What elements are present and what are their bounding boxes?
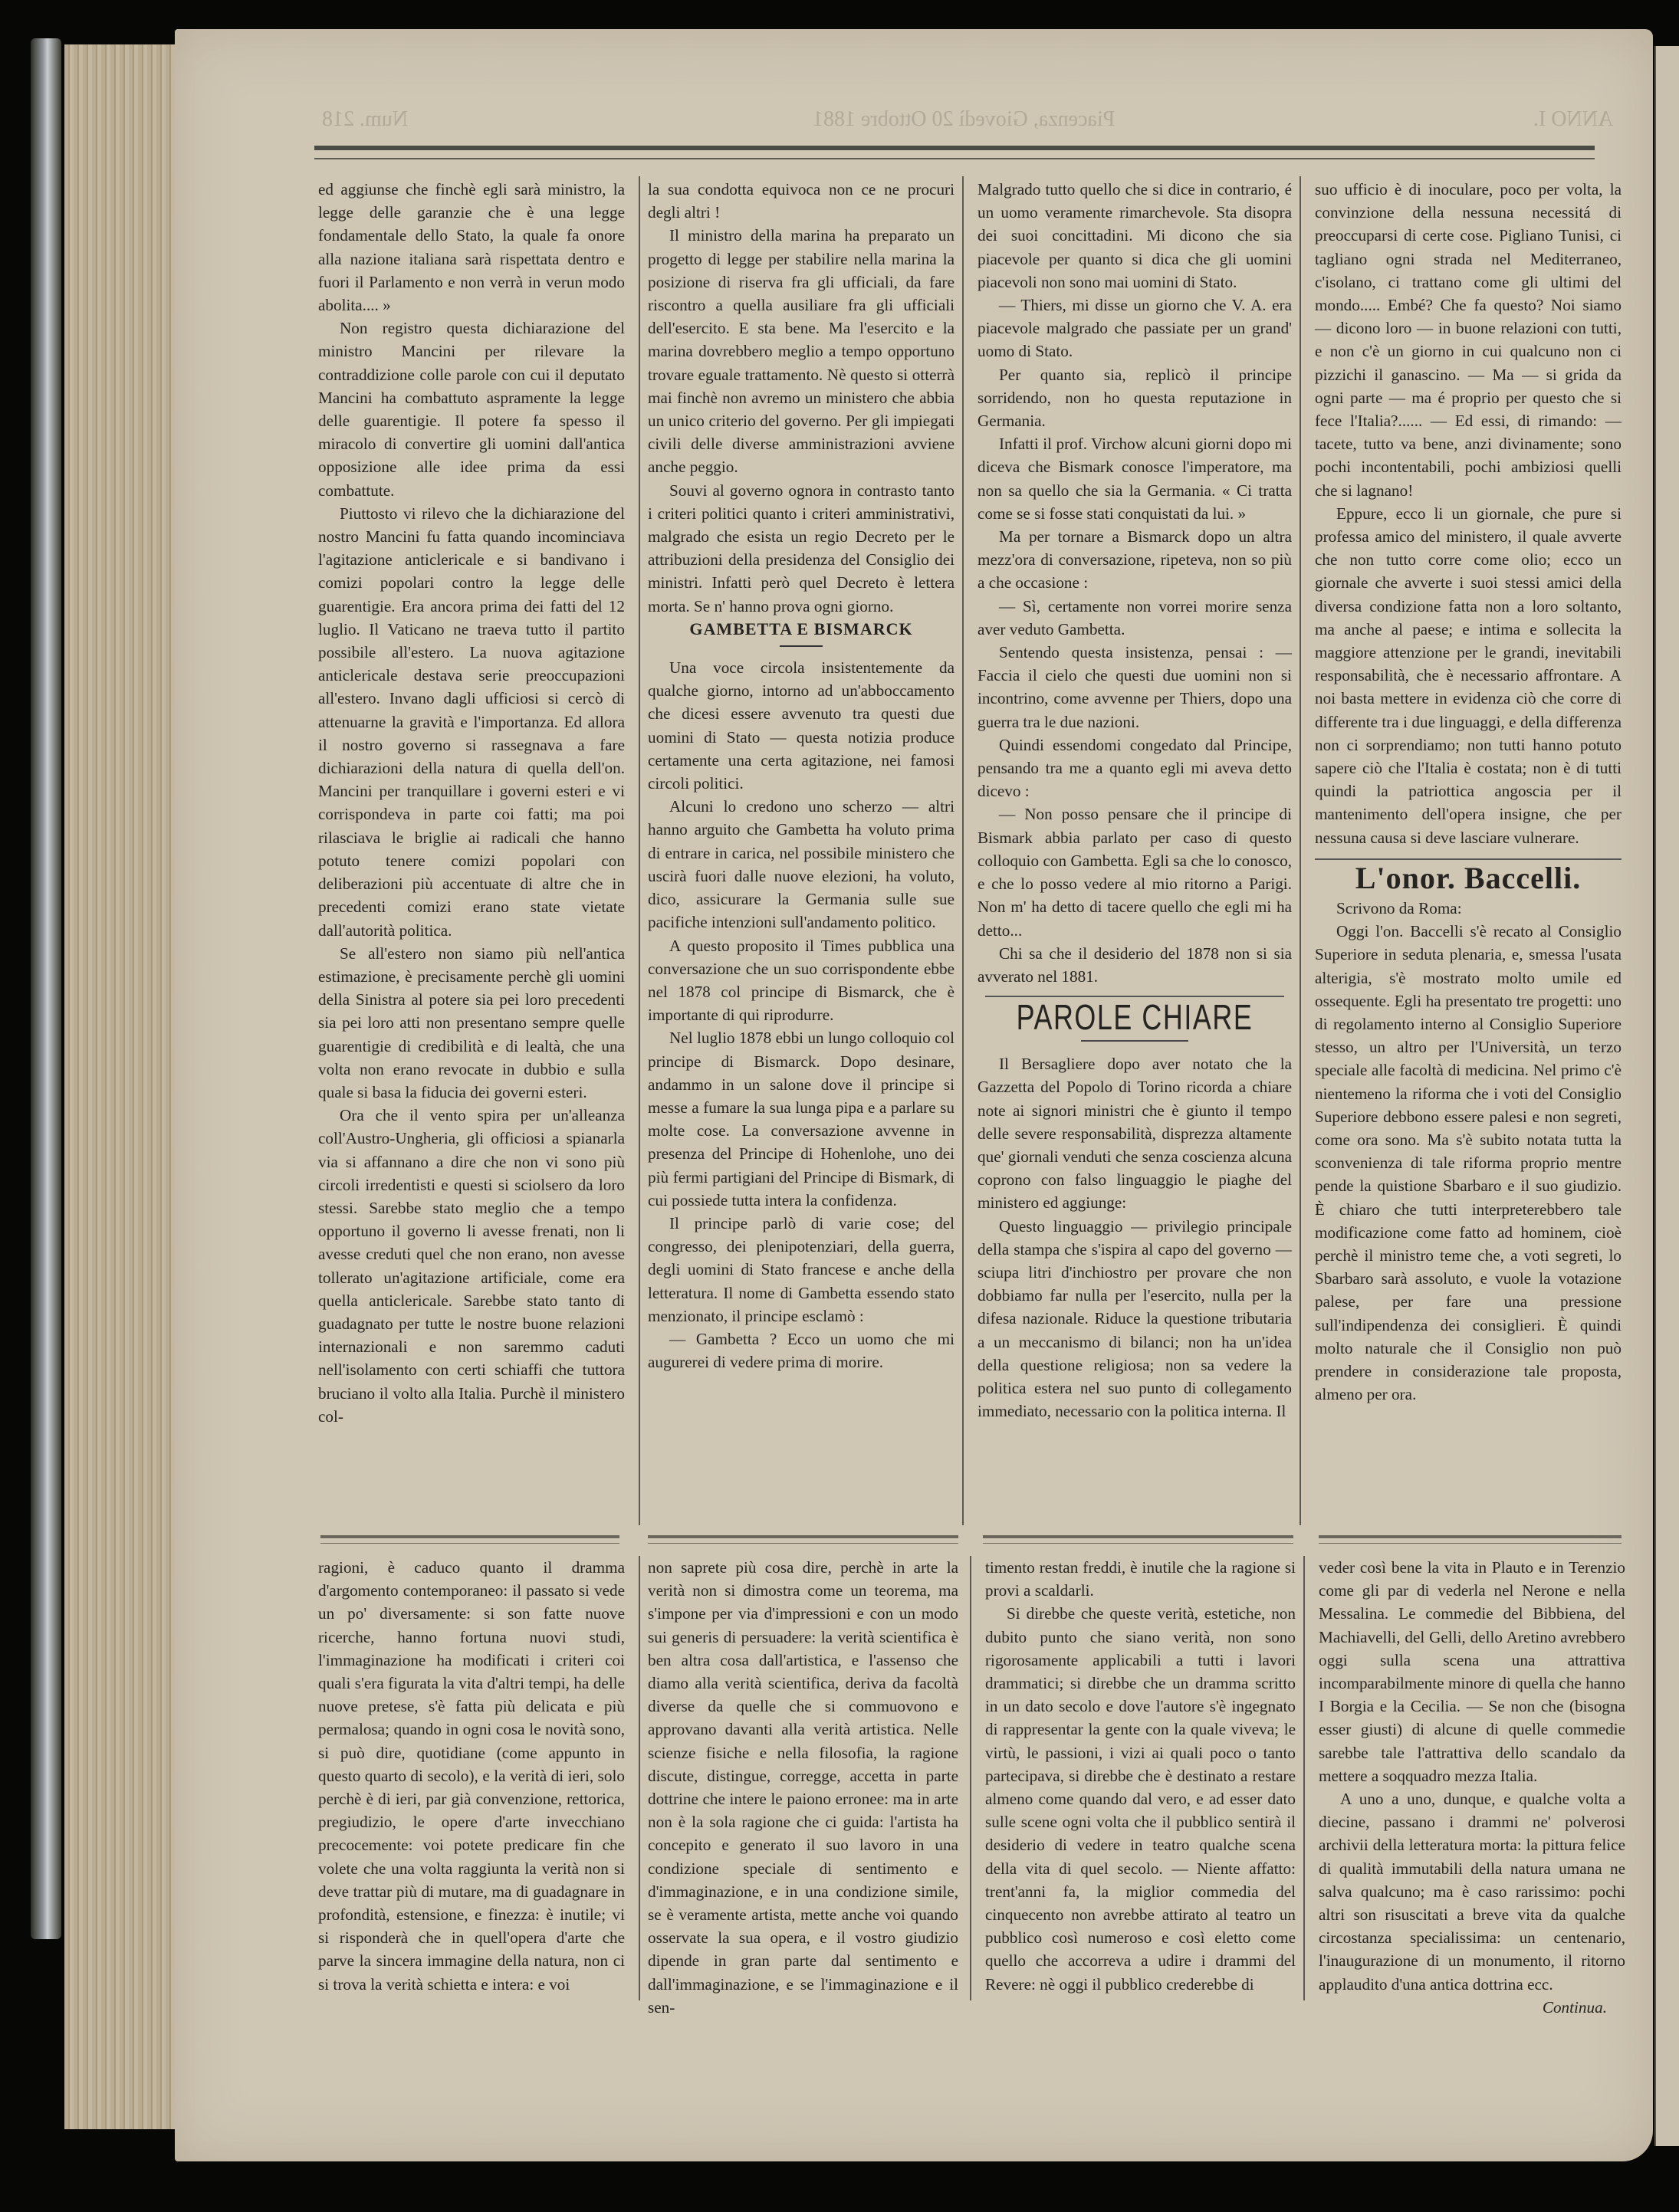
mirrored-masthead: Num. 218 Piacenza, Giovedì 20 Ottobre 18… [322,107,1625,138]
article-heading-parole-chiare: PAROLE CHIARE [1012,997,1257,1037]
upper-column-4: suo ufficio è di inoculare, poco per vol… [1315,178,1621,1406]
paragraph: timento restan freddi, è inutile che la … [985,1556,1296,1602]
paragraph: Si direbbe che queste verità, estetiche,… [985,1602,1296,1995]
paragraph: la sua condotta equivoca non ce ne procu… [648,178,955,224]
paragraph: Ma per tornare a Bismarck dopo un altra … [978,525,1292,595]
paragraph: — Thiers, mi disse un giorno che V. A. e… [978,294,1292,363]
upper-column-3: Malgrado tutto quello che si dice in con… [978,178,1292,1423]
mirrored-dateline: Piacenza, Giovedì 20 Ottobre 1881 [813,107,1115,132]
paragraph: veder così bene la vita in Plauto e in T… [1319,1556,1625,1787]
paragraph: Una voce circola insistentemente da qual… [648,656,955,795]
paragraph: — Non posso pensare che il principe di B… [978,802,1292,941]
page-stack-edge [64,44,179,2129]
lower-column-1: ragioni, è caduco quanto il dramma d'arg… [318,1556,625,1996]
lower-column-2: non saprete più cosa dire, perchè in art… [648,1556,958,2019]
paragraph: Eppure, ecco li un giornale, che pure si… [1315,502,1621,849]
feuilleton-rule [648,1535,958,1544]
paragraph: Nel luglio 1878 ebbi un lungo colloquio … [648,1026,955,1212]
paragraph: Il Bersagliere dopo aver notato che la G… [978,1052,1292,1214]
column-rule [639,1556,640,2000]
column-rule [1299,176,1301,1525]
paragraph: Alcuni lo credono uno scherzo — altri ha… [648,795,955,934]
paragraph: Oggi l'on. Baccelli s'è recato al Consig… [1315,920,1621,1406]
article-heading-baccelli: L'onor. Baccelli. [1315,860,1621,897]
paragraph: Il ministro della marina ha preparato un… [648,224,955,478]
column-rule [962,176,964,1525]
continued-note: Continua. [1319,1996,1625,2019]
heading-dash [780,645,823,647]
paragraph: Per quanto sia, replicò il principe sorr… [978,363,1292,433]
mirrored-issue-number: Num. 218 [322,107,408,132]
column-rule [970,1556,971,2000]
feuilleton-rule [320,1535,619,1544]
paragraph: Chi sa che il desiderio del 1878 non si … [978,942,1292,988]
paragraph: Questo linguaggio — privilegio principal… [978,1215,1292,1423]
paragraph: Non registro questa dichiarazione del mi… [318,317,625,502]
upper-column-2: la sua condotta equivoca non ce ne procu… [648,178,955,1373]
paragraph: suo ufficio è di inoculare, poco per vol… [1315,178,1621,502]
paragraph: Il principe parlò di varie cose; del con… [648,1212,955,1328]
lower-column-3: timento restan freddi, è inutile che la … [985,1556,1296,1996]
paragraph: — Sì, certamente non vorrei morire senza… [978,595,1292,641]
mirrored-year: ANNO I. [1533,107,1613,132]
paragraph: A uno a uno, dunque, e qualche volta a d… [1319,1787,1625,1996]
book-spine-clasp [31,38,61,1939]
paragraph: A questo proposito il Times pubblica una… [648,934,955,1027]
paragraph: ragioni, è caduco quanto il dramma d'arg… [318,1556,625,1996]
column-rule [639,176,640,1525]
paragraph: Infatti il prof. Virchow alcuni giorni d… [978,432,1292,525]
column-rule [1303,1556,1305,2000]
facing-page-edge [1654,46,1679,2146]
heading-ornament [1081,1040,1188,1042]
paragraph: Souvi al governo ognora in contrasto tan… [648,479,955,618]
paragraph: ed aggiunse che finchè egli sarà ministr… [318,178,625,317]
paragraph: Quindi essendomi congedato dal Principe,… [978,734,1292,803]
paragraph: Ora che il vento spira per un'alleanza c… [318,1104,625,1428]
paragraph: Sentendo questa insistenza, pensai : — F… [978,641,1292,734]
paragraph: — Gambetta ? Ecco un uomo che mi augurer… [648,1328,955,1373]
paragraph: Se all'estero non siamo più nell'antica … [318,942,625,1104]
upper-column-1: ed aggiunse che finchè egli sarà ministr… [318,178,625,1428]
paragraph: Piuttosto vi rilevo che la dichiarazione… [318,502,625,942]
feuilleton-rule [983,1535,1293,1544]
paragraph: Malgrado tutto quello che si dice in con… [978,178,1292,294]
paragraph: non saprete più cosa dire, perchè in art… [648,1556,958,2019]
masthead-rule [314,146,1595,159]
feuilleton-rule [1319,1535,1621,1544]
paragraph: Scrivono da Roma: [1315,897,1621,920]
lower-column-4: veder così bene la vita in Plauto e in T… [1319,1556,1625,2019]
article-heading-gambetta-bismarck: GAMBETTA E BISMARCK [648,618,955,641]
